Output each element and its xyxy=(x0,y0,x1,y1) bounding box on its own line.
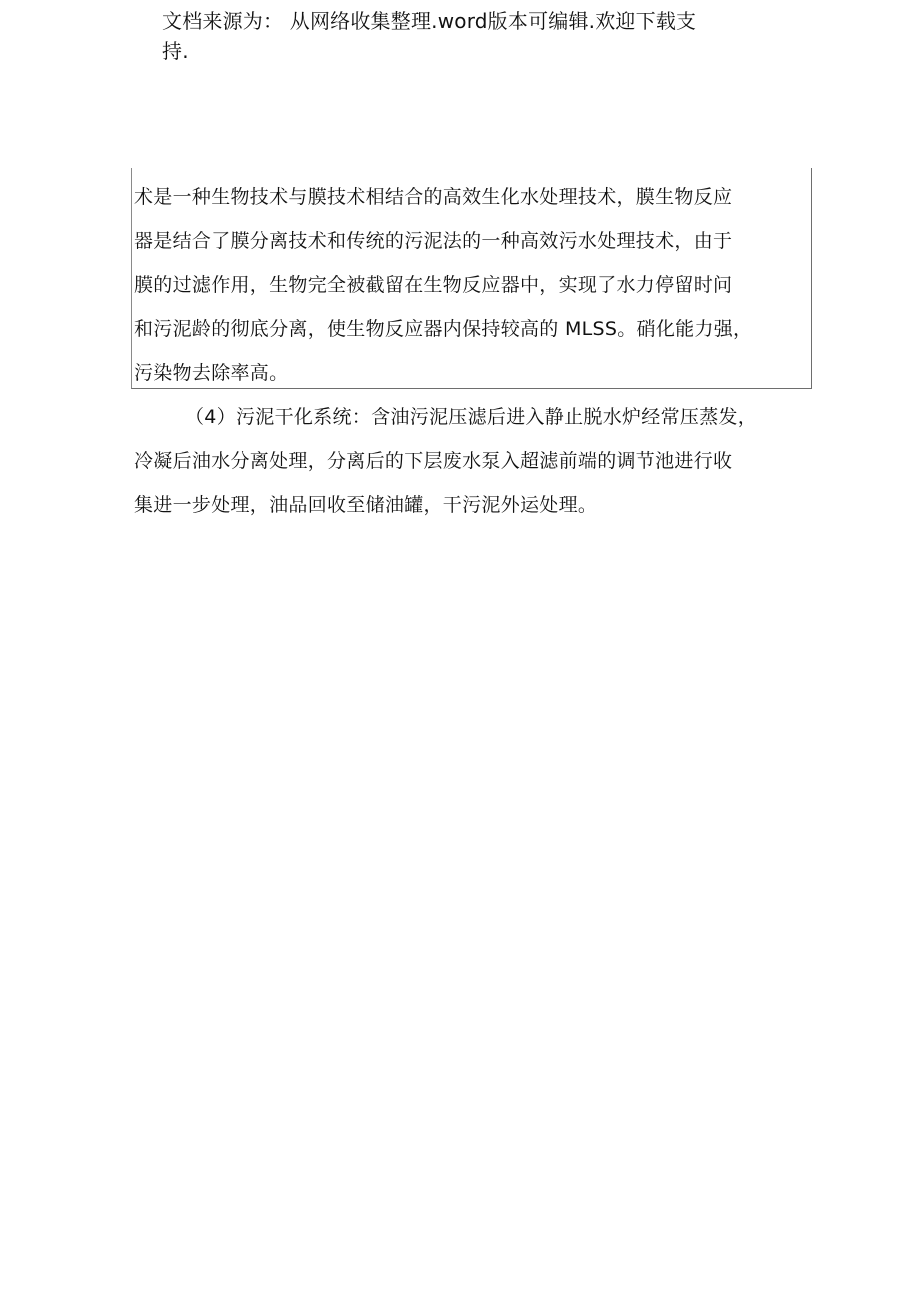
box-text-line: 膜的过滤作用，生物完全被截留在生物反应器中，实现了水力停留时问 xyxy=(134,273,732,297)
source-note: 文档来源为： 从网络收集整理.word版本可编辑.欢迎下载支 持. xyxy=(162,6,762,66)
sludge-drying-paragraph-line: 冷凝后油水分离处理，分离后的下层废水泵入超滤前端的调节池进行收 xyxy=(134,449,732,473)
sludge-drying-paragraph-line: 集进一步处理，油品回收至储油罐，干污泥外运处理。 xyxy=(134,493,597,517)
box-text-line: 污染物去除率高。 xyxy=(134,361,288,385)
sludge-drying-paragraph-line: （4）污泥干化系统：含油污泥压滤后进入静止脱水炉经常压蒸发， xyxy=(185,405,757,429)
box-text-line: 术是一种生物技术与膜技术相结合的高效生化水处理技术，膜生物反应 xyxy=(134,185,732,209)
box-text-line: 器是结合了膜分离技术和传统的污泥法的一种高效污水处理技术，由于 xyxy=(134,229,732,253)
box-text-line: 和污泥龄的彻底分离，使生物反应器内保持较高的 MLSS。硝化能力强， xyxy=(134,317,752,341)
source-note-line-2: 持. xyxy=(162,36,762,66)
source-note-line-1: 文档来源为： 从网络收集整理.word版本可编辑.欢迎下载支 xyxy=(162,6,762,36)
